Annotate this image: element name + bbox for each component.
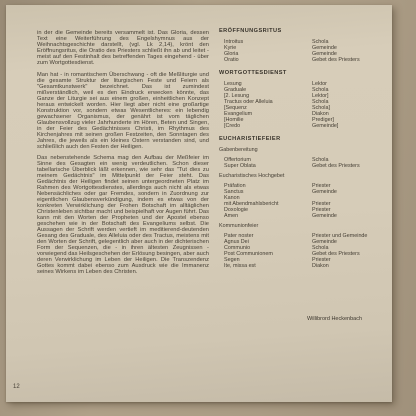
schema-row: AmenGemeinde — [224, 213, 391, 219]
schema-section: EUCHARISTIEFEIERGabenbereitungOffertoriu… — [219, 136, 391, 269]
page-number: 12 — [13, 384, 20, 390]
section-heading: EUCHARISTIEFEIER — [219, 136, 391, 142]
book-page: in der die Gemeinde bereits versammelt i… — [6, 5, 392, 402]
schema-row: Super OblataGebet des Priesters — [224, 163, 391, 169]
performer-role: Gebet des Priesters — [312, 163, 391, 169]
performer-role: Diakon — [312, 263, 391, 269]
performer-role: Gemeinde] — [312, 123, 391, 129]
body-paragraph: Das nebenstehende Schema mag den Aufbau … — [37, 155, 209, 275]
author-name: Willibrord Heckenbach — [307, 316, 391, 322]
liturgy-schema: ERÖFFNUNGSRITUSIntroitusScholaKyrieGemei… — [219, 28, 391, 276]
liturgy-item: [Credo — [224, 123, 312, 129]
schema-section: ERÖFFNUNGSRITUSIntroitusScholaKyrieGemei… — [219, 28, 391, 63]
schema-row: [CredoGemeinde] — [224, 123, 391, 129]
schema-rows: OffertoriumScholaSuper OblataGebet des P… — [219, 157, 391, 169]
photo-background: in der die Gemeinde bereits versammelt i… — [0, 0, 416, 416]
performer-role: Gemeinde — [312, 213, 391, 219]
subsection-heading: Eucharistisches Hochgebet — [219, 173, 391, 179]
subsection-heading: Gabenbereitung — [219, 147, 391, 153]
section-heading: WORTGOTTESDIENST — [219, 70, 391, 76]
liturgy-item: Super Oblata — [224, 163, 312, 169]
schema-row: OratioGebet des Priesters — [224, 57, 391, 63]
schema-rows: LesungLektorGradualeSchola[2. LesungLekt… — [219, 81, 391, 129]
schema-section: WORTGOTTESDIENSTLesungLektorGradualeScho… — [219, 70, 391, 129]
schema-rows: Pater nosterPriester und GemeindeAgnus D… — [219, 233, 391, 269]
body-paragraph: in der die Gemeinde bereits versammelt i… — [37, 30, 209, 66]
schema-rows: IntroitusScholaKyrieGemeindeGloriaGemein… — [219, 39, 391, 63]
schema-row: Ite, missa estDiakon — [224, 263, 391, 269]
performer-role: Gebet des Priesters — [312, 57, 391, 63]
subsection-heading: Kommunionfeier — [219, 223, 391, 229]
liturgy-item: Amen — [224, 213, 312, 219]
body-paragraph: Man hat - in romantischem Überschwang - … — [37, 72, 209, 150]
liturgy-item: Oratio — [224, 57, 312, 63]
section-heading: ERÖFFNUNGSRITUS — [219, 28, 391, 34]
left-text-column: in der die Gemeinde bereits versammelt i… — [37, 30, 209, 281]
schema-rows: PräfationPriesterSanctusGemeindeKanonmit… — [219, 183, 391, 219]
liturgy-item: Ite, missa est — [224, 263, 312, 269]
